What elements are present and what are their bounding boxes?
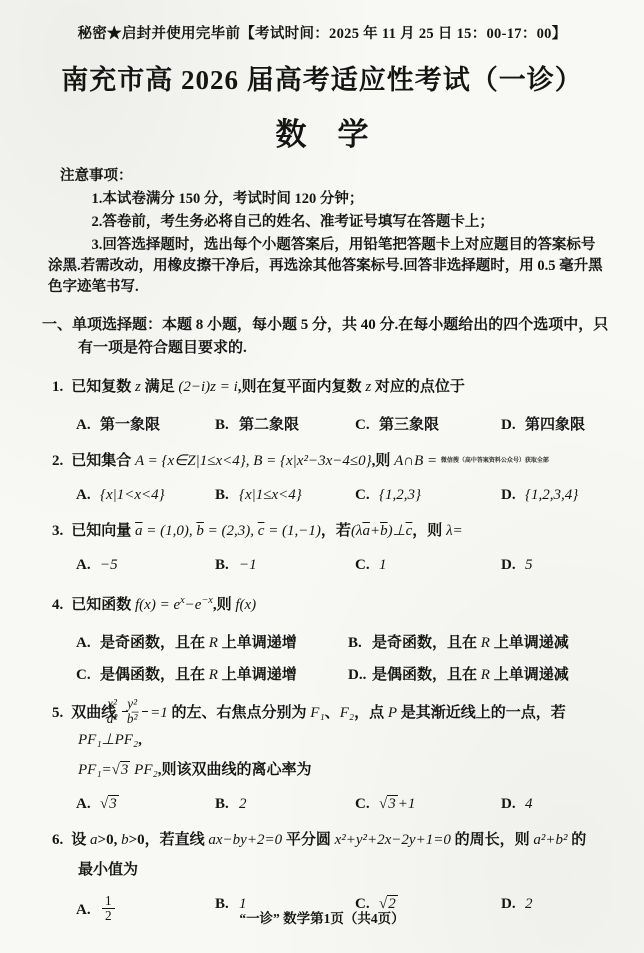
question-2-options: A.{x|1<x<4} B.{x|1≤x<4} C.{1,2,3} D.{1,2…	[76, 487, 624, 504]
option-content: √3+1	[379, 796, 415, 812]
question-6-stem: 设 a>0, b>0，若直线 ax−by+2=0 平分圆 x²+y²+2x−2y…	[71, 832, 586, 848]
question-4: 4.已知函数 f(x) = ex−e−x,则 f(x)	[52, 589, 610, 617]
notice-item-1: 1.本试卷满分 150 分，考试时间 120 分钟；	[48, 189, 608, 210]
option-label: B.	[215, 557, 239, 574]
question-2-option-a: A.{x|1<x<4}	[76, 487, 215, 504]
question-3: 3.已知向量 a = (1,0), b = (2,3), c = (1,−1)，…	[52, 519, 610, 543]
question-5-stem: 双曲线 x²a²−y²b²=1 的左、右焦点分别为 F₁、F₂，点 P 是其渐近…	[71, 705, 566, 748]
option-label: D.	[501, 487, 525, 504]
option-label: C.	[355, 557, 379, 574]
notice-item-3: 3.回答选择题时，选出每个小题答案后，用铅笔把答题卡上对应题目的答案标号涂黑.若…	[48, 235, 608, 298]
notice-heading: 注意事项：	[60, 166, 608, 187]
exam-page: 秘密★启封并使用完毕前【考试时间：2025 年 11 月 25 日 15：00-…	[0, 0, 644, 953]
subject-title: 数 学	[0, 109, 644, 154]
question-5-option-c: C.√3+1	[355, 796, 501, 813]
option-content: {1,2,3}	[379, 487, 421, 503]
option-label: A.	[76, 796, 100, 813]
question-4-number: 4.	[52, 597, 71, 613]
option-label: A.	[76, 487, 100, 504]
question-3-option-a: A.−5	[76, 557, 215, 574]
option-content: {1,2,3,4}	[525, 487, 578, 503]
question-6: 6.设 a>0, b>0，若直线 ax−by+2=0 平分圆 x²+y²+2x−…	[52, 828, 610, 852]
option-label: A.	[76, 417, 100, 434]
option-content: 是偶函数，且在 R 上单调递减	[372, 667, 569, 683]
question-5-options: A.√3 B.2 C.√3+1 D.4	[76, 796, 624, 813]
question-3-option-b: B.−1	[215, 557, 355, 574]
question-3-option-d: D.5	[501, 557, 624, 574]
option-label: B.	[215, 487, 239, 504]
question-1-options: A.第一象限 B.第二象限 C.第三象限 D.第四象限	[76, 413, 624, 434]
question-3-stem: 已知向量 a = (1,0), b = (2,3), c = (1,−1)，若(…	[71, 523, 462, 539]
question-1-option-b: B.第二象限	[215, 413, 355, 434]
notice-item-2: 2.答卷前，考生务必将自己的姓名、准考证号填写在答题卡上；	[48, 212, 608, 233]
question-3-number: 3.	[52, 523, 71, 539]
question-2-stem: 已知集合 A = {x∈Z|1≤x<4}, B = {x|x²−3x−4≤0},…	[71, 453, 549, 469]
option-content: 是偶函数，且在 R 上单调递增	[100, 667, 297, 683]
option-content: {x|1<x<4}	[100, 487, 165, 503]
option-label: A.	[76, 635, 100, 652]
option-label: D.	[501, 557, 525, 574]
option-label: B.	[348, 635, 372, 652]
option-content: {x|1≤x<4}	[239, 487, 302, 503]
question-4-option-d: D..是偶函数，且在 R 上单调递减	[348, 663, 624, 684]
option-label: C.	[355, 796, 379, 813]
exam-title: 南充市高 2026 届高考适应性考试（一诊）	[0, 58, 644, 97]
option-content: 第四象限	[525, 417, 585, 433]
question-2-number: 2.	[52, 453, 71, 469]
question-4-option-a: A.是奇函数，且在 R 上单调递增	[76, 631, 348, 652]
question-3-options: A.−5 B.−1 C.1 D.5	[76, 557, 624, 574]
question-4-options: A.是奇函数，且在 R 上单调递增 B.是奇函数，且在 R 上单调递减 C.是偶…	[76, 631, 624, 684]
question-5-option-b: B.2	[215, 796, 355, 813]
question-4-stem: 已知函数 f(x) = ex−e−x,则 f(x)	[71, 597, 256, 613]
question-1-stem: 已知复数 z 满足 (2−i)z = i,则在复平面内复数 z 对应的点位于	[71, 379, 465, 395]
option-content: 第三象限	[379, 417, 439, 433]
option-label: B.	[215, 417, 239, 434]
option-content: −1	[239, 557, 257, 573]
option-label: D.	[501, 417, 525, 434]
page-footer: “一诊” 数学第1页（共4页）	[0, 907, 644, 927]
question-5-option-a: A.√3	[76, 796, 215, 813]
question-2-option-d: D.{1,2,3,4}	[501, 487, 624, 504]
option-label: D..	[348, 667, 372, 684]
option-content: 2	[239, 796, 247, 812]
option-label: C.	[76, 667, 100, 684]
option-label: A.	[76, 557, 100, 574]
question-5-number: 5.	[52, 705, 71, 721]
option-label: C.	[355, 487, 379, 504]
question-6-stem-line2: 最小值为	[78, 858, 610, 882]
question-1: 1.已知复数 z 满足 (2−i)z = i,则在复平面内复数 z 对应的点位于	[52, 375, 610, 399]
option-content: 是奇函数，且在 R 上单调递减	[372, 635, 569, 651]
question-4-option-b: B.是奇函数，且在 R 上单调递减	[348, 631, 624, 652]
option-content: 第二象限	[239, 417, 299, 433]
option-content: −5	[100, 557, 118, 573]
question-6-number: 6.	[52, 832, 71, 848]
question-2-option-b: B.{x|1≤x<4}	[215, 487, 355, 504]
option-label: C.	[355, 417, 379, 434]
question-2: 2.已知集合 A = {x∈Z|1≤x<4}, B = {x|x²−3x−4≤0…	[52, 449, 610, 473]
question-5-stem-line2: PF₁=√3 PF₂,则该双曲线的离心率为	[78, 758, 610, 782]
option-label: B.	[215, 796, 239, 813]
question-1-option-c: C.第三象限	[355, 413, 501, 434]
notice-section: 注意事项： 1.本试卷满分 150 分，考试时间 120 分钟； 2.答卷前，考…	[48, 166, 608, 298]
option-content: 4	[525, 796, 533, 812]
question-4-option-c: C.是偶函数，且在 R 上单调递增	[76, 663, 348, 684]
option-label: D.	[501, 796, 525, 813]
question-5-option-d: D.4	[501, 796, 624, 813]
question-2-option-c: C.{1,2,3}	[355, 487, 501, 504]
question-5: 5.双曲线 x²a²−y²b²=1 的左、右焦点分别为 F₁、F₂，点 P 是其…	[52, 699, 610, 752]
question-1-option-a: A.第一象限	[76, 413, 215, 434]
option-content: 第一象限	[100, 417, 160, 433]
option-content: 是奇函数，且在 R 上单调递增	[100, 635, 297, 651]
question-3-option-c: C.1	[355, 557, 501, 574]
question-1-number: 1.	[52, 379, 71, 395]
option-content: √3	[100, 796, 119, 812]
option-content: 1	[379, 557, 387, 573]
option-content: 5	[525, 557, 533, 573]
question-1-option-d: D.第四象限	[501, 413, 624, 434]
section-heading: 一、单项选择题：本题 8 小题，每小题 5 分，共 40 分.在每小题给出的四个…	[42, 314, 610, 360]
secrecy-header: 秘密★启封并使用完毕前【考试时间：2025 年 11 月 25 日 15：00-…	[0, 0, 644, 43]
